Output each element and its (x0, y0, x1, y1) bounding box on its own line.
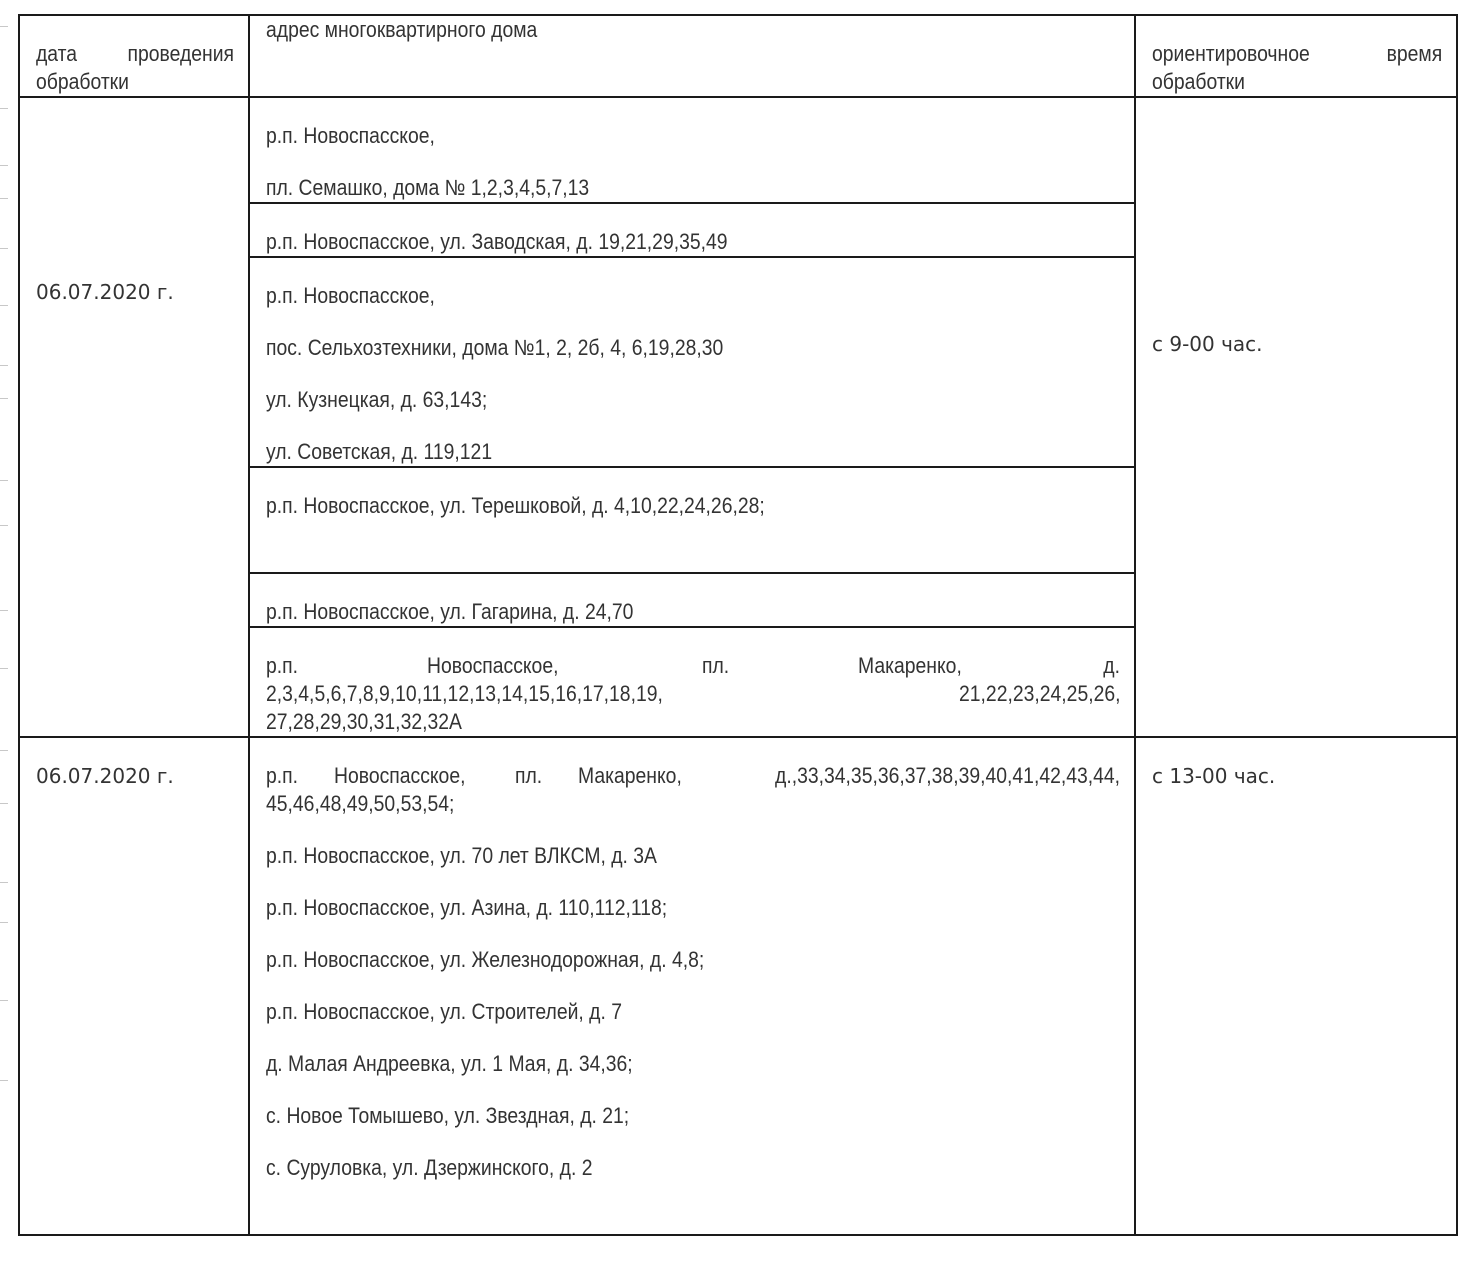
header-date: дата проведения обработки (36, 40, 234, 96)
address-divider (248, 626, 1136, 628)
address-word: пл. (515, 762, 542, 790)
table-border-right (1456, 14, 1458, 1236)
address-line: д. Малая Андреевка, ул. 1 Мая, д. 34,36; (266, 1050, 633, 1078)
gutter-tick (0, 165, 8, 166)
gutter-tick (0, 365, 8, 366)
column-divider (248, 14, 250, 1236)
header-address: адрес многоквартирного дома (266, 16, 537, 44)
schedule-table: дата проведения обработки адрес многоква… (18, 14, 1458, 1236)
gutter-tick (0, 248, 8, 249)
address-line: с. Новое Томышево, ул. Звездная, д. 21; (266, 1102, 629, 1130)
header-date-word: обработки (36, 68, 129, 96)
address-word: р.п. (266, 652, 298, 680)
address-line: р.п. Новоспасское, ул. 70 лет ВЛКСМ, д. … (266, 842, 657, 870)
gutter-tick (0, 882, 8, 883)
header-time-word: обработки (1152, 68, 1245, 96)
gutter-tick (0, 668, 8, 669)
address-line: ул. Кузнецкая, д. 63,143; (266, 386, 487, 414)
address-word: пл. (702, 652, 729, 680)
address-line: пл. Семашко, дома № 1,2,3,4,5,7,13 (266, 174, 589, 202)
address-divider (248, 202, 1136, 204)
address-line: ул. Советская, д. 119,121 (266, 438, 492, 466)
group-time: с 13-00 час. (1152, 762, 1275, 790)
gutter-tick (0, 305, 8, 306)
header-time: ориентировочное время обработки (1152, 40, 1442, 96)
address-divider (248, 572, 1136, 574)
address-line: пос. Сельхозтехники, дома №1, 2, 2б, 4, … (266, 334, 723, 362)
group-time: с 9-00 час. (1152, 330, 1263, 358)
gutter-tick (0, 922, 8, 923)
group-date: 06.07.2020 г. (36, 762, 174, 790)
gutter-tick (0, 750, 8, 751)
address-divider (248, 256, 1136, 258)
address-word: Макаренко, (578, 762, 682, 790)
address-line: р.п. Новоспасское, ул. Азина, д. 110,112… (266, 894, 667, 922)
gutter-tick (0, 1000, 8, 1001)
header-time-word: ориентировочное (1152, 40, 1310, 68)
address-line: с. Суруловка, ул. Дзержинского, д. 2 (266, 1154, 593, 1182)
group-date: 06.07.2020 г. (36, 278, 174, 306)
gutter-tick (0, 26, 8, 27)
address-line: р.п. Новоспасское, ул. Железнодорожная, … (266, 946, 704, 974)
address-line: р.п. Новоспасское, ул. Терешковой, д. 4,… (266, 492, 765, 520)
address-line: р.п. Новоспасское, ул. Гагарина, д. 24,7… (266, 598, 633, 626)
address-word: 45,46,48,49,50,53,54; (266, 790, 454, 818)
gutter-tick (0, 480, 8, 481)
header-time-word: время (1386, 40, 1442, 68)
address-makarenko: р.п. Новоспасское, пл. Макаренко, д. 2,3… (266, 652, 1120, 736)
address-word: Новоспасское, (427, 652, 558, 680)
address-line: р.п. Новоспасское, (266, 122, 435, 150)
address-word: Новоспасское, (334, 762, 465, 790)
header-date-word: дата (36, 40, 77, 68)
address-word: р.п. (266, 762, 298, 790)
gutter-tick (0, 525, 8, 526)
column-divider (1134, 14, 1136, 1236)
address-line: р.п. Новоспасское, ул. Строителей, д. 7 (266, 998, 622, 1026)
address-word: 27,28,29,30,31,32,32А (266, 708, 462, 736)
address-divider (248, 466, 1136, 468)
header-divider (18, 96, 1458, 98)
table-border-top (18, 14, 1458, 16)
address-word: 2,3,4,5,6,7,8,9,10,11,12,13,14,15,16,17,… (266, 680, 663, 708)
group-divider (18, 736, 1458, 738)
gutter-tick (0, 198, 8, 199)
address-line: р.п. Новоспасское, (266, 282, 435, 310)
gutter-tick (0, 108, 8, 109)
gutter-tick (0, 1080, 8, 1081)
header-date-word: проведения (128, 40, 234, 68)
address-word: д.,33,34,35,36,37,38,39,40,41,42,43,44, (775, 762, 1120, 790)
table-border-bottom (18, 1234, 1458, 1236)
gutter-tick (0, 610, 8, 611)
address-line: р.п. Новоспасское, ул. Заводская, д. 19,… (266, 228, 728, 256)
address-word: д. (1103, 652, 1120, 680)
address-makarenko: р.п. Новоспасское, пл. Макаренко, д.,33,… (266, 762, 1120, 818)
gutter-tick (0, 398, 8, 399)
address-word: 21,22,23,24,25,26, (959, 680, 1120, 708)
address-word: Макаренко, (858, 652, 962, 680)
gutter-tick (0, 803, 8, 804)
table-border-left (18, 14, 20, 1236)
